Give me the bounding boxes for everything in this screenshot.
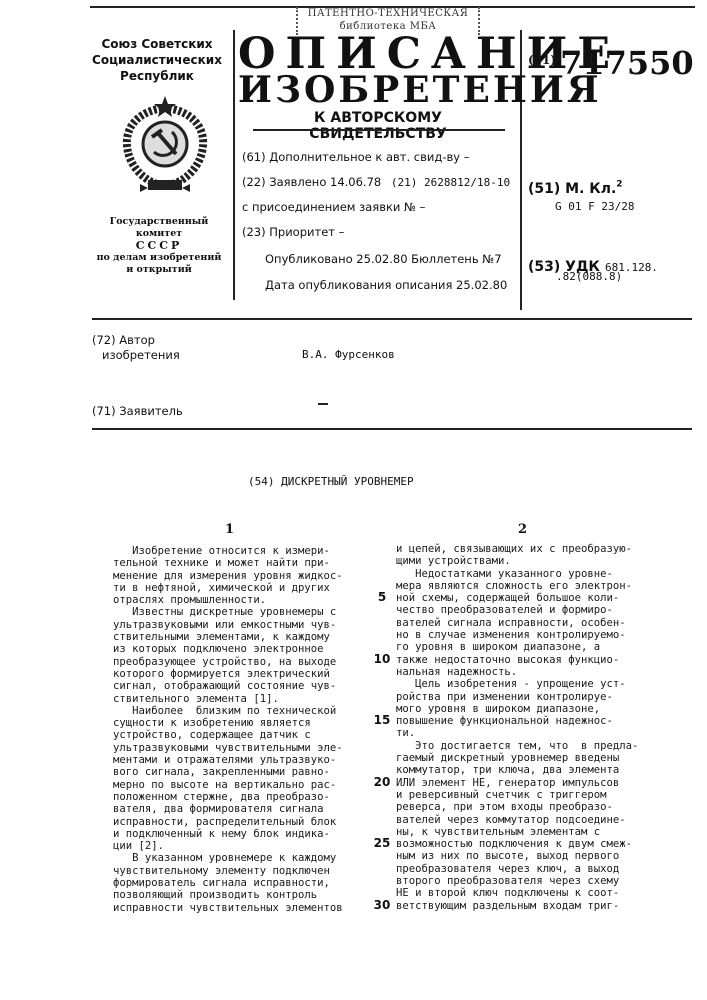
text-line: ции [2].	[113, 840, 343, 852]
line-number: 15	[372, 713, 392, 727]
patent-number-code: (11)	[528, 53, 556, 67]
field-21: (21) 2628812/18-10	[391, 176, 510, 189]
divider-bottom	[92, 428, 692, 430]
state-committee: Государственный комитет СССР по делам из…	[88, 216, 230, 276]
field-22-label: (22) Заявлено 14.06.78	[242, 175, 381, 189]
committee-line-4: и открытий	[88, 264, 230, 276]
text-line: гаемый дискретный уровнемер введены	[396, 752, 638, 764]
text-line: менение для измерения уровня жидкос-	[113, 570, 343, 582]
header-divider-left	[233, 30, 235, 300]
text-line: также недостаточно высокая функцио-	[396, 654, 638, 666]
country-name: Союз Советских Социалистических Республи…	[92, 36, 222, 84]
text-line: коммутатор, три ключа, два элемента	[396, 764, 638, 776]
text-line: Цель изобретения - упрощение уст-	[396, 678, 638, 690]
text-line: НЕ и второй ключ подключены к соот-	[396, 887, 638, 899]
text-line: ствительного элемента [1].	[113, 693, 343, 705]
text-line: мерно по высоте на вертикально рас-	[113, 779, 343, 791]
text-line: ны, к чувствительным элементам с	[396, 826, 638, 838]
text-line: позволяющий производить контроль	[113, 889, 343, 901]
text-line: но в случае изменения контролируемо-	[396, 629, 638, 641]
applicant-label: (71) Заявитель	[92, 404, 183, 419]
text-line: ройства при изменении контролируе-	[396, 691, 638, 703]
field-attach: с присоединением заявки № –	[242, 200, 425, 214]
country-line-1: Союз Советских	[92, 36, 222, 52]
author-label: (72) Автор изобретения	[92, 333, 180, 363]
author-value: В.А. Фурсенков	[302, 348, 395, 361]
text-line: тельной технике и может найти при-	[113, 557, 343, 569]
text-line: сущности к изобретению является	[113, 717, 343, 729]
text-line: сигнал, отображающий состояние чув-	[113, 680, 343, 692]
document-subtitle: К АВТОРСКОМУ СВИДЕТЕЛЬСТВУ	[252, 110, 504, 142]
line-number: 30	[372, 898, 392, 912]
country-line-3: Республик	[92, 68, 222, 84]
line-number: 25	[372, 836, 392, 850]
text-line: формирователь сигнала исправности,	[113, 877, 343, 889]
text-line: нальная надежность.	[396, 666, 638, 678]
text-line: повышение функциональной надежнос-	[396, 715, 638, 727]
text-line: положенном стержне, два преобразо-	[113, 791, 343, 803]
text-line: ти в нефтяной, химической и других	[113, 582, 343, 594]
text-line: и подключенный к нему блок индика-	[113, 828, 343, 840]
text-line: го уровня в широком диапазоне, а	[396, 641, 638, 653]
stamp-line-1: ПАТЕНТНО-ТЕХНИЧЕСКАЯ	[298, 7, 478, 20]
text-line: ти.	[396, 727, 638, 739]
line-number: 5	[372, 590, 392, 604]
author-label-1: (72) Автор	[92, 333, 180, 348]
country-line-2: Социалистических	[92, 52, 222, 68]
text-line: вателей сигнала исправности, особен-	[396, 617, 638, 629]
text-line: ветствующим раздельным входам триг-	[396, 900, 638, 912]
text-line: и реверсивный счетчик с триггером	[396, 789, 638, 801]
text-line: ультразвуковыми или емкостными чув-	[113, 619, 343, 631]
applicant-dash	[318, 403, 328, 405]
field-22: (22) Заявлено 14.06.78 (21) 2628812/18-1…	[242, 175, 510, 190]
column-number-1: 1	[225, 522, 234, 537]
text-line: щими устройствами.	[396, 555, 638, 567]
text-line: ным из них по высоте, выход первого	[396, 850, 638, 862]
text-line: вателей через коммутатор подсоедине-	[396, 814, 638, 826]
text-line: Недостатками указанного уровне-	[396, 568, 638, 580]
text-line: ультразвуковыми чувствительными эле-	[113, 742, 343, 754]
text-line: Это достигается тем, что в предла-	[396, 740, 638, 752]
field-published: Опубликовано 25.02.80 Бюллетень №7	[265, 252, 502, 266]
text-line: из которых подключено электронное	[113, 643, 343, 655]
text-line: мого уровня в широком диапазоне,	[396, 703, 638, 715]
text-line: устройство, содержащее датчик с	[113, 729, 343, 741]
text-line: вого сигнала, закрепленными равно-	[113, 766, 343, 778]
committee-line-2: СССР	[88, 240, 230, 252]
text-line: ментами и отражателями ультразвуко-	[113, 754, 343, 766]
text-line: Известны дискретные уровнемеры с	[113, 606, 343, 618]
text-line: и цепей, связывающих их с преобразую-	[396, 543, 638, 555]
field-23: (23) Приоритет –	[242, 225, 344, 239]
text-line: исправности чувствительных элементов	[113, 902, 343, 914]
patent-number: (11)717550	[528, 40, 694, 83]
author-label-2: изобретения	[92, 348, 180, 363]
line-number: 10	[372, 652, 392, 666]
ussr-state-emblem-icon	[110, 92, 220, 202]
text-line: В указанном уровнемере к каждому	[113, 852, 343, 864]
patent-number-value: 717550	[560, 44, 694, 82]
text-line: ной схемы, содержащей большое коли-	[396, 592, 638, 604]
text-column-2: и цепей, связывающих их с преобразую-щим…	[396, 543, 638, 912]
text-line: второго преобразователя через схему	[396, 875, 638, 887]
field-51-sup: 2	[616, 180, 622, 190]
text-line: преобразователя через ключ, а выход	[396, 863, 638, 875]
subtitle-underline	[253, 129, 505, 131]
text-line: преобразующее устройство, на выходе	[113, 656, 343, 668]
invention-title: (54) ДИСКРЕТНЫЙ УРОВНЕМЕР	[248, 475, 414, 488]
field-51-label: (51) М. Кл.	[528, 181, 616, 197]
line-number: 20	[372, 775, 392, 789]
document-title-line-2: ИЗОБРЕТЕНИЯ	[238, 70, 520, 110]
text-line: Изобретение относится к измери-	[113, 545, 343, 557]
text-line: ИЛИ элемент НЕ, генератор импульсов	[396, 777, 638, 789]
text-line: Наиболее близким по технической	[113, 705, 343, 717]
field-53-value-2: .82(088.8)	[556, 270, 622, 283]
divider-top	[92, 318, 692, 320]
field-51: (51) М. Кл.2	[528, 178, 623, 197]
field-61: (61) Дополнительное к авт. свид-ву –	[242, 150, 469, 164]
field-51-value: G 01 F 23/28	[555, 200, 634, 213]
text-line: реверса, при этом входы преобразо-	[396, 801, 638, 813]
text-line: отраслях промышленности.	[113, 594, 343, 606]
text-line: возможностью подключения к двум смеж-	[396, 838, 638, 850]
text-line: ствительными элементами, к каждому	[113, 631, 343, 643]
text-line: мера являются сложность его электрон-	[396, 580, 638, 592]
text-line: чество преобразователей и формиро-	[396, 604, 638, 616]
committee-line-3: по делам изобретений	[88, 252, 230, 264]
field-pub-date: Дата опубликования описания 25.02.80	[265, 278, 507, 292]
text-line: чувствительному элементу подключен	[113, 865, 343, 877]
text-line: исправности, распределительный блок	[113, 816, 343, 828]
committee-line-1: Государственный комитет	[88, 216, 230, 240]
column-number-2: 2	[518, 522, 527, 537]
text-line: которого формируется электрический	[113, 668, 343, 680]
text-column-1: Изобретение относится к измери-тельной т…	[113, 545, 343, 914]
text-line: вателя, два формирователя сигнала	[113, 803, 343, 815]
